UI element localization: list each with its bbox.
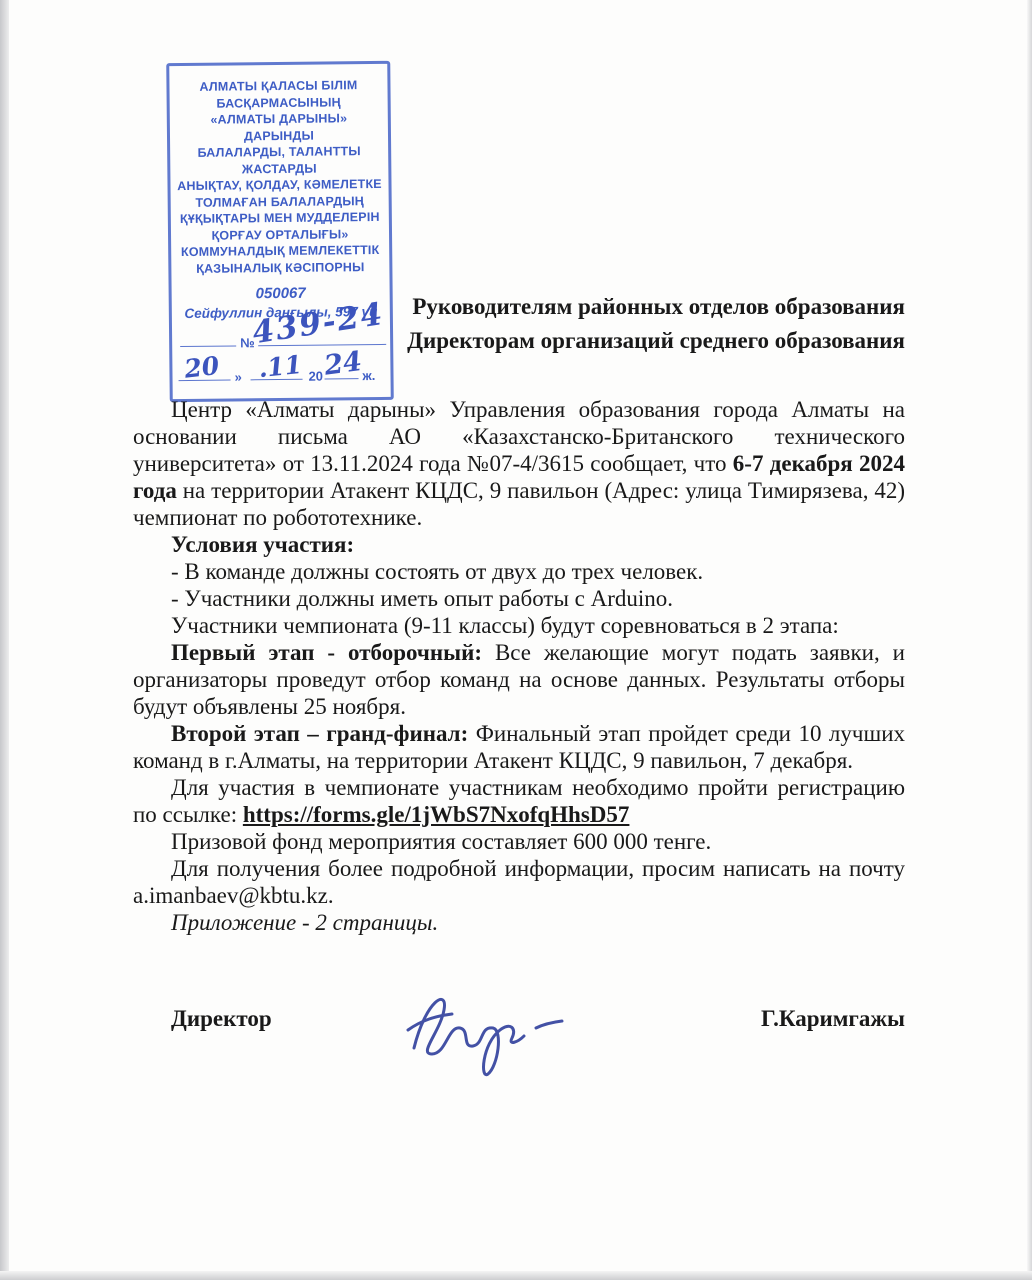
conditions-heading: Условия участия: (133, 531, 905, 558)
scanned-letter-page: АЛМАТЫ ҚАЛАСЫ БІЛІМ БАСҚАРМАСЫНЫҢ «АЛМАТ… (0, 0, 1032, 1280)
stamp-line: ҚҰҚЫҚТАРЫ МЕН МУДДЕЛЕРІН (177, 209, 383, 228)
paragraph-stage2: Второй этап – гранд-финал: Финальный эта… (133, 720, 905, 774)
condition-item: - Участники должны иметь опыт работы с A… (133, 585, 905, 612)
addressee-line: Директорам организаций среднего образова… (365, 324, 905, 358)
stage2-label: Второй этап – гранд-финал: (171, 721, 468, 746)
addressee-line: Руководителям районных отделов образован… (365, 290, 905, 324)
director-name: Г.Каримгажы (761, 1006, 905, 1032)
stamp-date-quote: » (234, 369, 241, 384)
stamp-line: «АЛМАТЫ ДАРЫНЫ» ДАРЫНДЫ (176, 110, 382, 145)
paragraph-registration: Для участия в чемпионате участникам необ… (133, 774, 905, 828)
stage1-label: Первый этап - отборочный: (171, 640, 482, 665)
stamp-line: БАЛАЛАРДЫ, ТАЛАНТТЫ ЖАСТАРДЫ (176, 143, 382, 178)
stamp-line: ҚАЗЫНАЛЫҚ КӘСІПОРНЫ (177, 258, 383, 277)
handwritten-day: 20 (183, 351, 221, 384)
condition-item: - В команде должны состоять от двух до т… (133, 558, 905, 585)
handwritten-year: 24 (323, 346, 364, 382)
letter-body: Центр «Алматы дарыны» Управления образов… (133, 396, 905, 936)
stages-intro: Участники чемпионата (9-11 классы) будут… (133, 612, 905, 639)
blank-line (180, 344, 236, 347)
stamp-date-row: » 20 ж. 20 .11 24 (178, 357, 384, 389)
intro-text-cont: на территории Атакент КЦДС, 9 павильон (… (133, 478, 905, 530)
scan-edge-right (1027, 0, 1032, 1280)
paragraph-intro: Центр «Алматы дарыны» Управления образов… (133, 396, 905, 531)
paragraph-contact: Для получения более подробной информации… (133, 855, 905, 909)
registration-link[interactable]: https://forms.gle/1jWbS7NxofqHhsD57 (243, 802, 630, 827)
paragraph-stage1: Первый этап - отборочный: Все желающие м… (133, 639, 905, 720)
handwritten-signature (400, 970, 600, 1085)
attachment-note: Приложение - 2 страницы. (133, 909, 905, 936)
handwritten-month: .11 (257, 350, 303, 383)
official-stamp: АЛМАТЫ ҚАЛАСЫ БІЛІМ БАСҚАРМАСЫНЫҢ «АЛМАТ… (166, 61, 394, 402)
stamp-date-suffix: ж. (362, 368, 375, 383)
attachment-note-text: Приложение - 2 страницы. (171, 910, 438, 935)
stamp-year-printed: 20 (308, 369, 323, 384)
stamp-line: КОММУНАЛДЫҚ МЕМЛЕКЕТТІК (177, 242, 383, 261)
conditions-heading-text: Условия участия: (171, 532, 354, 557)
paragraph-prize: Призовой фонд мероприятия составляет 600… (133, 828, 905, 855)
addressee-block: Руководителям районных отделов образован… (365, 290, 905, 358)
stamp-line: АЛМАТЫ ҚАЛАСЫ БІЛІМ (175, 77, 381, 96)
scan-edge-bottom (0, 1271, 1032, 1280)
scan-edge-left (0, 0, 9, 1280)
stamp-line: АНЫҚТАУ, ҚОЛДАУ, КӘМЕЛЕТКЕ (176, 176, 382, 195)
director-title: Директор (171, 1006, 272, 1032)
